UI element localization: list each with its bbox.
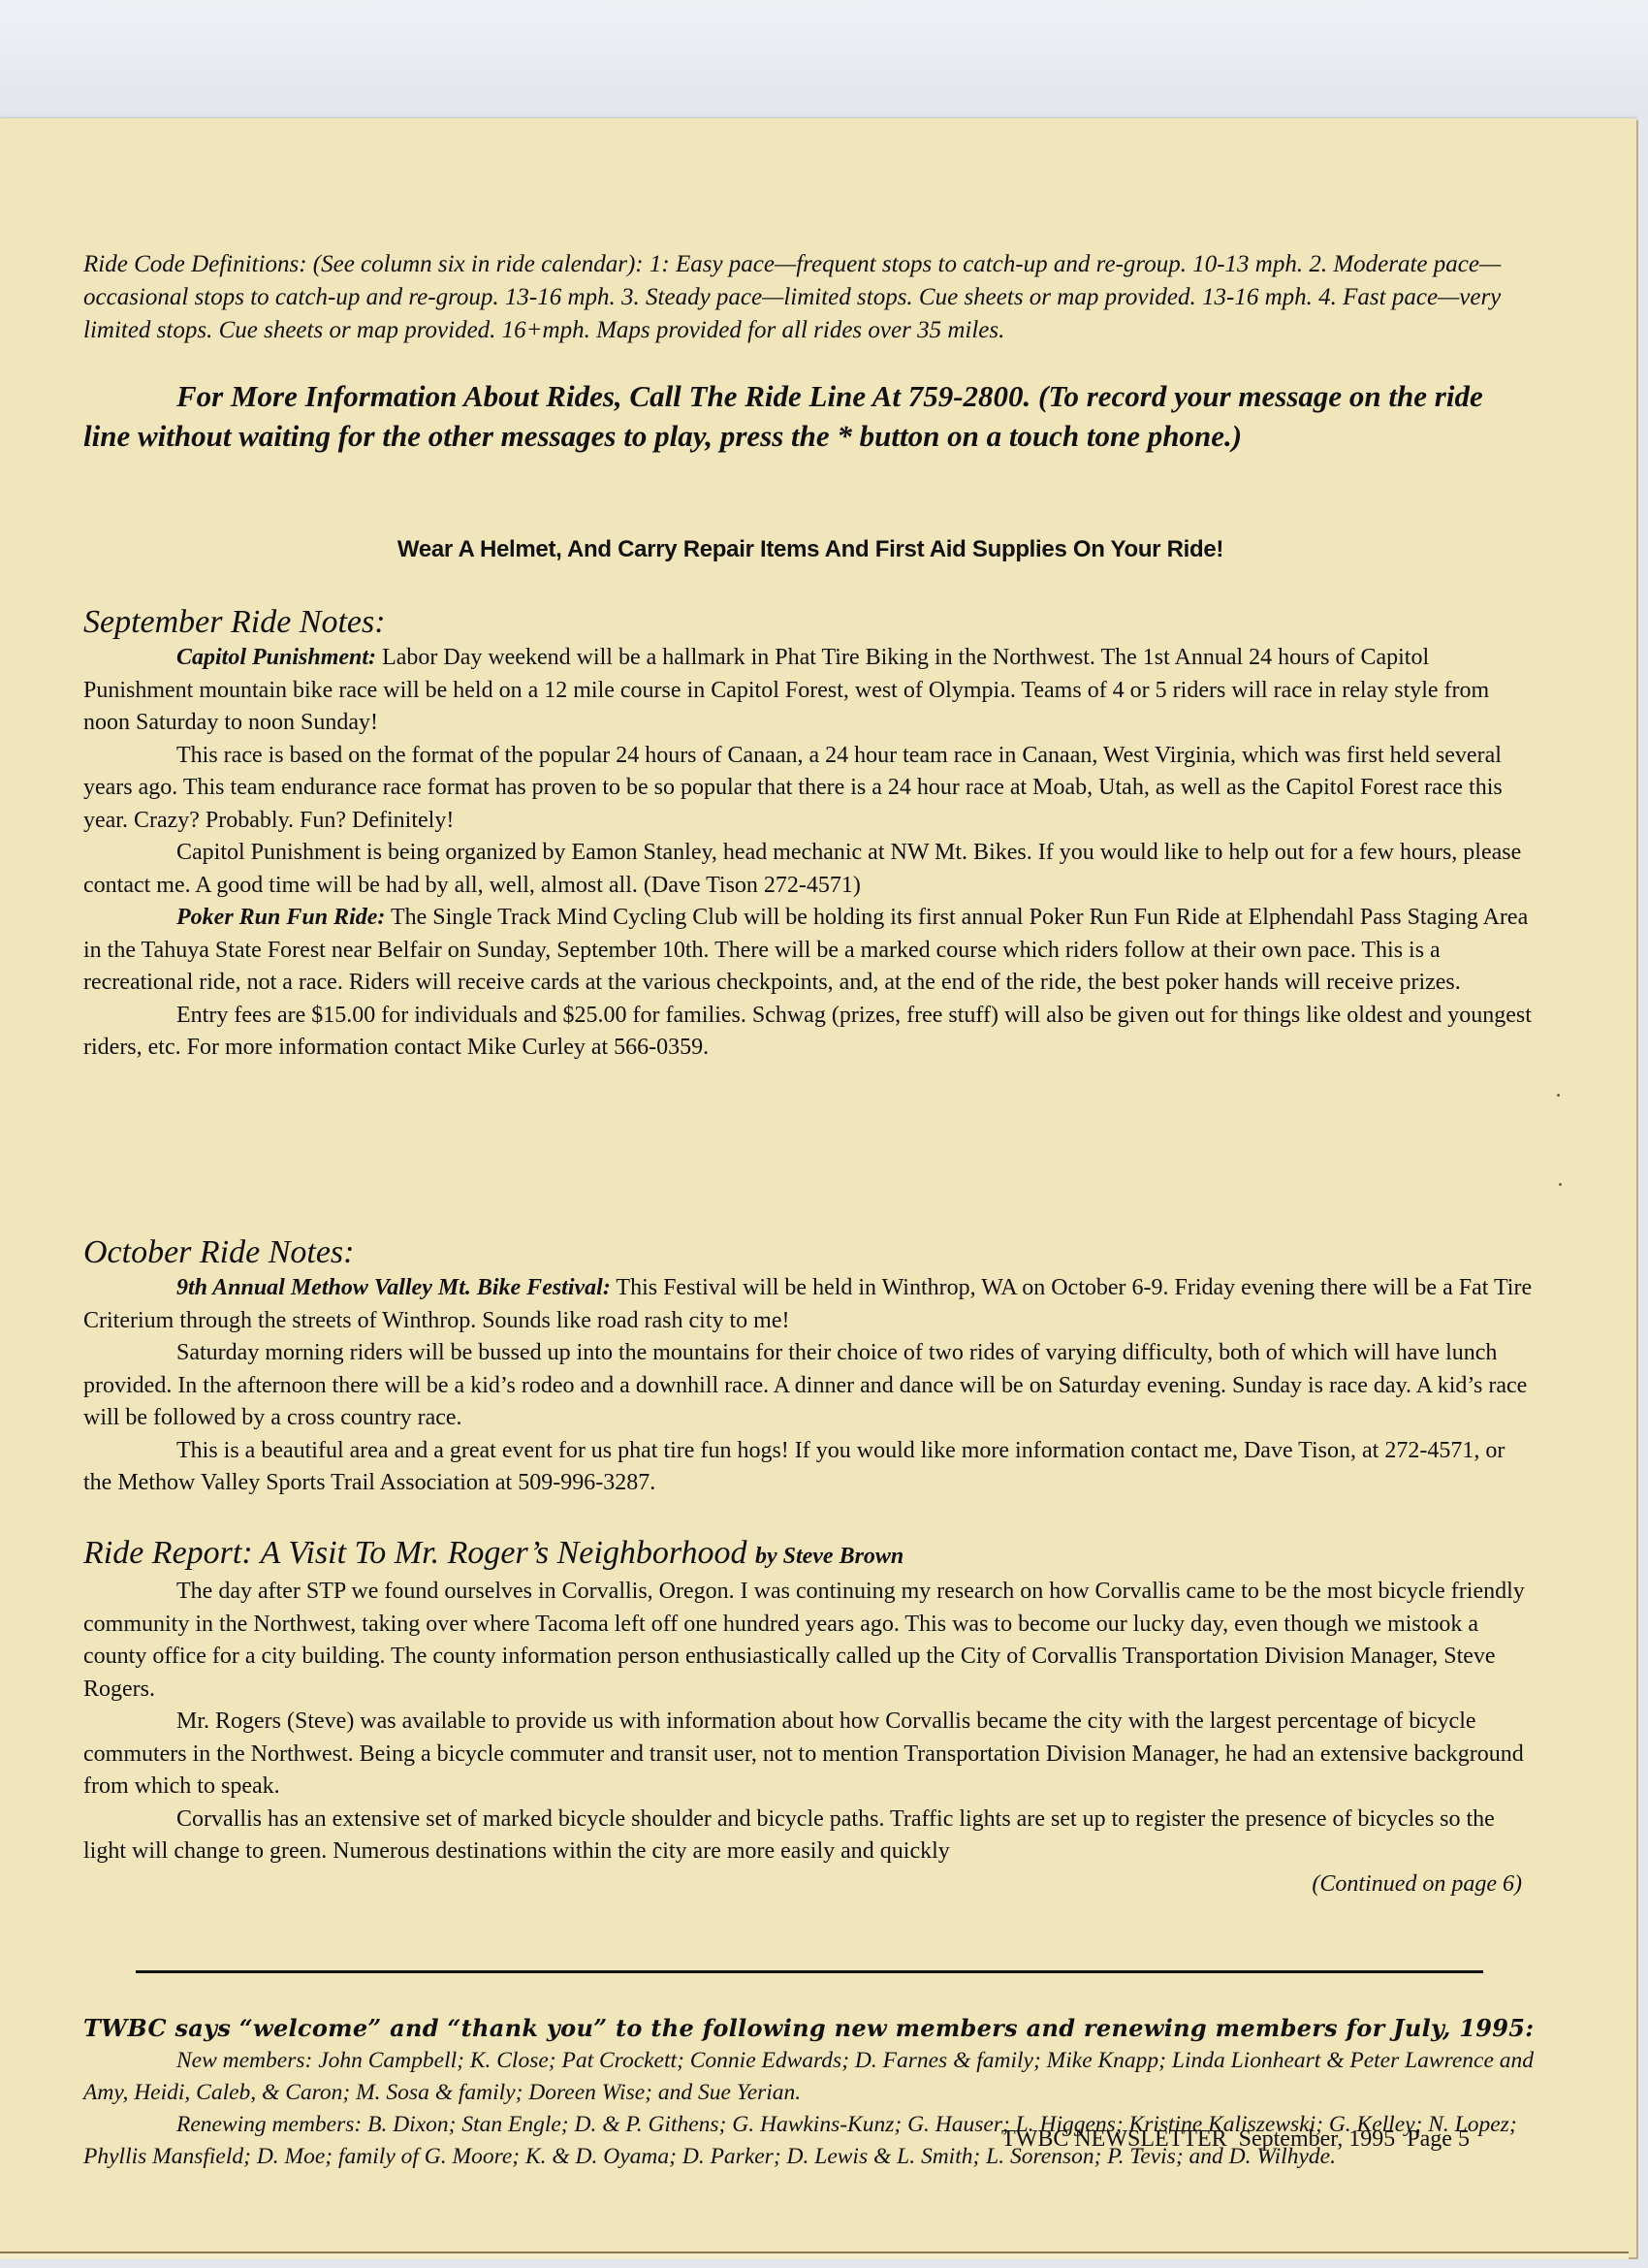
ride-line-text: For More Information About Rides, Call T…	[83, 379, 1483, 453]
october-ride-notes: October Ride Notes: 9th Annual Methow Va…	[83, 1233, 1537, 1500]
newsletter-page: Ride Code Definitions: (See column six i…	[0, 118, 1636, 2257]
paragraph: Saturday morning riders will be bussed u…	[83, 1337, 1537, 1435]
paragraph: The day after STP we found ourselves in …	[83, 1576, 1537, 1706]
paragraph-text: The day after STP we found ourselves in …	[83, 1579, 1525, 1702]
page-footer: TWBC NEWSLETTER September, 1995 Page 5	[1001, 2126, 1470, 2153]
new-members-list: New members: John Campbell; K. Close; Pa…	[83, 2045, 1557, 2109]
section-heading: September Ride Notes:	[83, 603, 1537, 642]
paper-bottom-edge	[0, 2252, 1629, 2259]
paragraph: This race is based on the format of the …	[83, 740, 1537, 838]
paragraph: This is a beautiful area and a great eve…	[83, 1435, 1537, 1500]
paragraph-text: Saturday morning riders will be bussed u…	[83, 1340, 1527, 1430]
paragraph-text: Mr. Rogers (Steve) was available to prov…	[83, 1709, 1524, 1799]
ride-report: Ride Report: A Visit To Mr. Roger’s Neig…	[83, 1534, 1537, 1901]
paper-speck	[1559, 1183, 1562, 1186]
paragraph: 9th Annual Methow Valley Mt. Bike Festiv…	[83, 1272, 1537, 1337]
paragraph: Entry fees are $15.00 for individuals an…	[83, 1000, 1537, 1065]
ride-code-definitions: Ride Code Definitions: (See column six i…	[83, 248, 1537, 347]
helmet-notice: Wear A Helmet, And Carry Repair Items An…	[83, 536, 1537, 563]
september-ride-notes: September Ride Notes: Capitol Punishment…	[83, 603, 1537, 1065]
paragraph-lead: 9th Annual Methow Valley Mt. Bike Festiv…	[176, 1275, 611, 1300]
paragraph-lead: Poker Run Fun Ride:	[176, 905, 385, 930]
continued-note: (Continued on page 6)	[83, 1869, 1537, 1901]
paragraph-text: This is a beautiful area and a great eve…	[83, 1438, 1505, 1496]
members-heading: TWBC says “welcome” and “thank you” to t…	[83, 2012, 1557, 2045]
paragraph: Capitol Punishment: Labor Day weekend wi…	[83, 642, 1537, 740]
report-byline: by Steve Brown	[755, 1544, 903, 1569]
scanner-background	[0, 0, 1648, 118]
paragraph: Poker Run Fun Ride: The Single Track Min…	[83, 902, 1537, 1000]
paragraph-text: Entry fees are $15.00 for individuals an…	[83, 1003, 1532, 1061]
divider-rule	[136, 1970, 1483, 1973]
paragraph-lead: Capitol Punishment:	[176, 645, 376, 670]
paragraph: Capitol Punishment is being organized by…	[83, 837, 1537, 902]
report-title: Ride Report: A Visit To Mr. Roger’s Neig…	[83, 1535, 746, 1571]
paragraph-text: Capitol Punishment is being organized by…	[83, 840, 1521, 898]
section-heading: October Ride Notes:	[83, 1233, 1537, 1272]
ride-line-notice: For More Information About Rides, Call T…	[83, 376, 1518, 456]
paper-speck	[1557, 1094, 1560, 1097]
paragraph-text: Corvallis has an extensive set of marked…	[83, 1806, 1495, 1865]
paragraph: Mr. Rogers (Steve) was available to prov…	[83, 1706, 1537, 1804]
section-heading: Ride Report: A Visit To Mr. Roger’s Neig…	[83, 1534, 1537, 1576]
paragraph: Corvallis has an extensive set of marked…	[83, 1804, 1537, 1869]
paragraph-text: This race is based on the format of the …	[83, 743, 1503, 833]
